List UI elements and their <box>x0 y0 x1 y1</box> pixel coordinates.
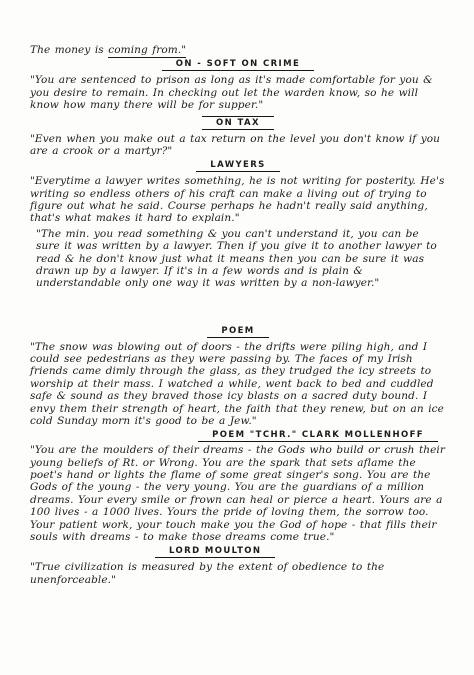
heading-on-tax: ON TAX <box>202 116 274 130</box>
quote-lawyers-1: "Everytime a lawyer writes something, he… <box>30 175 446 225</box>
intro-line-prefix: The money is <box>30 44 108 56</box>
heading-on-soft-on-crime: ON - SOFT ON CRIME <box>162 59 314 71</box>
quote-lawyers-2: "The min. you read something & you can't… <box>30 228 446 290</box>
heading-poem-tchr-clark-mollenhoff: POEM "TCHR." CLARK MOLLENHOFF <box>198 430 438 442</box>
heading-poem: POEM <box>207 326 268 338</box>
scanned-note-page: The money is coming from." ON - SOFT ON … <box>0 0 474 675</box>
poem-molders-of-dreams: "You are the moulders of their dreams - … <box>30 444 446 543</box>
poem-snow: "The snow was blowing out of doors - the… <box>30 341 446 428</box>
intro-line: The money is coming from." <box>30 44 446 56</box>
intro-line-underlined: coming from." <box>108 44 186 58</box>
blank-gap <box>30 293 446 323</box>
heading-lawyers: LAWYERS <box>196 160 279 172</box>
quote-soft-on-crime: "You are sentenced to prison as long as … <box>30 74 446 111</box>
quote-lord-moulton: "True civilization is measured by the ex… <box>30 561 446 586</box>
quote-on-tax: "Even when you make out a tax return on … <box>30 133 446 158</box>
heading-lord-moulton: LORD MOULTON <box>155 546 275 558</box>
